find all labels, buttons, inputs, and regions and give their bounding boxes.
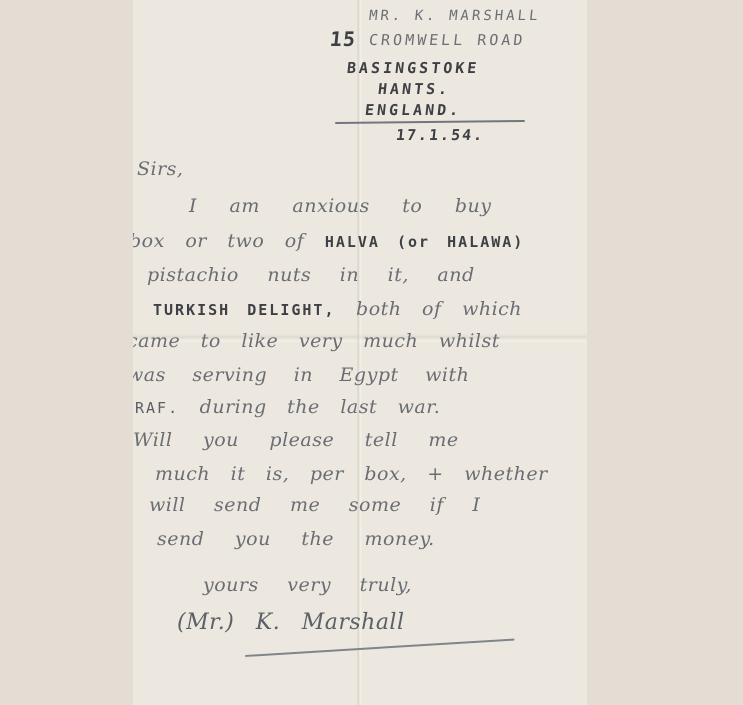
- county: HANTS.: [377, 80, 451, 98]
- sender-name: MR. K. MARSHALL: [368, 8, 541, 24]
- document-viewer: MR. K. MARSHALL 15 CROMWELL ROAD BASINGS…: [0, 0, 743, 705]
- letter-date: 17.1.54.: [395, 126, 485, 144]
- body-line-2: box or two of HALVA (or HALAWA): [133, 230, 524, 252]
- product-halva: HALVA (or HALAWA): [325, 233, 525, 251]
- body-line-2-text: box or two of: [133, 230, 304, 252]
- body-line-1: I am anxious to buy: [189, 195, 492, 217]
- body-line-11: send you the money.: [157, 528, 435, 550]
- town: BASINGSTOKE: [346, 59, 480, 77]
- product-turkish-delight: TURKISH DELIGHT,: [153, 301, 336, 319]
- street-address: CROMWELL ROAD: [368, 31, 526, 49]
- closing: yours very truly,: [203, 574, 412, 596]
- signature: (Mr.) K. Marshall: [177, 610, 405, 635]
- body-line-8: Will you please tell me: [133, 429, 459, 451]
- body-line-6: was serving in Egypt with: [133, 364, 469, 386]
- salutation: Sirs,: [137, 158, 183, 180]
- body-line-7-text: during the last war.: [200, 396, 441, 418]
- raf-abbreviation: RAF.: [135, 399, 179, 417]
- body-line-5: came to like very much whilst: [133, 330, 500, 352]
- body-line-9: much it is, per box, + whether: [155, 463, 548, 485]
- body-line-4: TURKISH DELIGHT, both of which: [153, 298, 522, 320]
- address-underline: [335, 120, 525, 124]
- country: ENGLAND.: [364, 101, 462, 119]
- house-number: 15: [329, 27, 358, 51]
- signature-underline: [245, 639, 515, 657]
- body-line-7: RAF. during the last war.: [135, 396, 440, 418]
- letter-page: MR. K. MARSHALL 15 CROMWELL ROAD BASINGS…: [133, 0, 587, 705]
- body-line-10: will send me some if I: [149, 494, 480, 516]
- body-line-4-text: both of which: [356, 298, 522, 320]
- body-line-3: pistachio nuts in it, and: [147, 264, 475, 286]
